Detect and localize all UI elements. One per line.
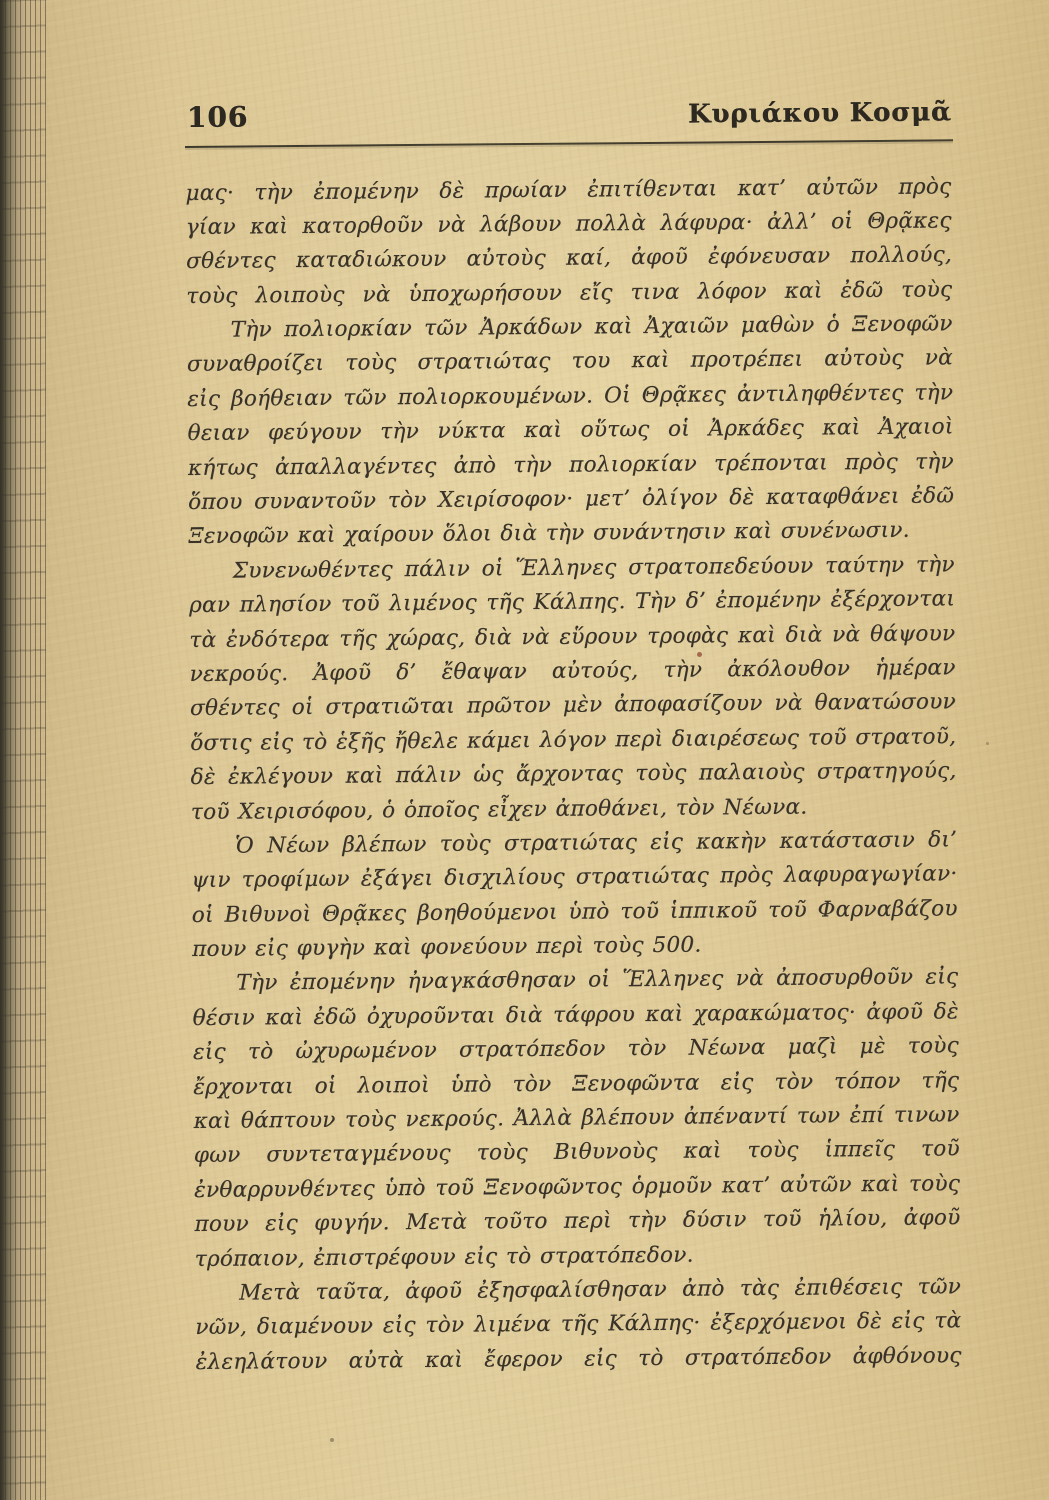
scanned-page-content: 106 Κυριάκου Κοσμᾶ μας· τὴν ἐπομένην δὲ … bbox=[0, 0, 1049, 1500]
text-line: ἐλεηλάτουν αὐτὰ καὶ ἔφερον εἰς τὸ στρατό… bbox=[195, 1339, 961, 1380]
paragraph: Μετὰ ταῦτα, ἀφοῦ ἐξησφαλίσθησαν ἀπὸ τὰς … bbox=[195, 1270, 962, 1380]
paragraph: μας· τὴν ἐπομένην δὲ πρωίαν ἐπιτίθενται … bbox=[185, 170, 952, 314]
book-page: 106 Κυριάκου Κοσμᾶ μας· τὴν ἐπομένην δὲ … bbox=[0, 0, 1049, 1500]
page-number: 106 bbox=[187, 100, 249, 134]
header-rule bbox=[185, 139, 953, 148]
body-text: μας· τὴν ἐπομένην δὲ πρωίαν ἐπιτίθενται … bbox=[185, 170, 961, 1380]
paragraph: Τὴν πολιορκίαν τῶν Ἀρκάδων καὶ Ἀχαιῶν μα… bbox=[186, 307, 954, 554]
text-line: πουν εἰς φυγήν. Μετὰ τοῦτο περὶ τὴν δύσι… bbox=[194, 1201, 960, 1242]
running-title: Κυριάκου Κοσμᾶ bbox=[688, 97, 952, 129]
text-line: οἱ Βιθυνοὶ Θρᾷκες βοηθούμενοι ὑπὸ τοῦ ἱπ… bbox=[192, 892, 958, 933]
text-line: δὲ ἐκλέγουν καὶ πάλιν ὡς ἄρχοντας τοὺς π… bbox=[190, 754, 956, 795]
paragraph: Τὴν ἐπομένην ἠναγκάσθησαν οἱ Ἕλληνες νὰ … bbox=[192, 961, 961, 1277]
paragraph: Συνενωθέντες πάλιν οἱ Ἕλληνες στρατοπεδε… bbox=[189, 548, 957, 830]
paragraph: Ὁ Νέων βλέπων τοὺς στρατιώτας εἰς κακὴν … bbox=[191, 823, 958, 967]
page-header: 106 Κυριάκου Κοσμᾶ bbox=[187, 94, 952, 134]
